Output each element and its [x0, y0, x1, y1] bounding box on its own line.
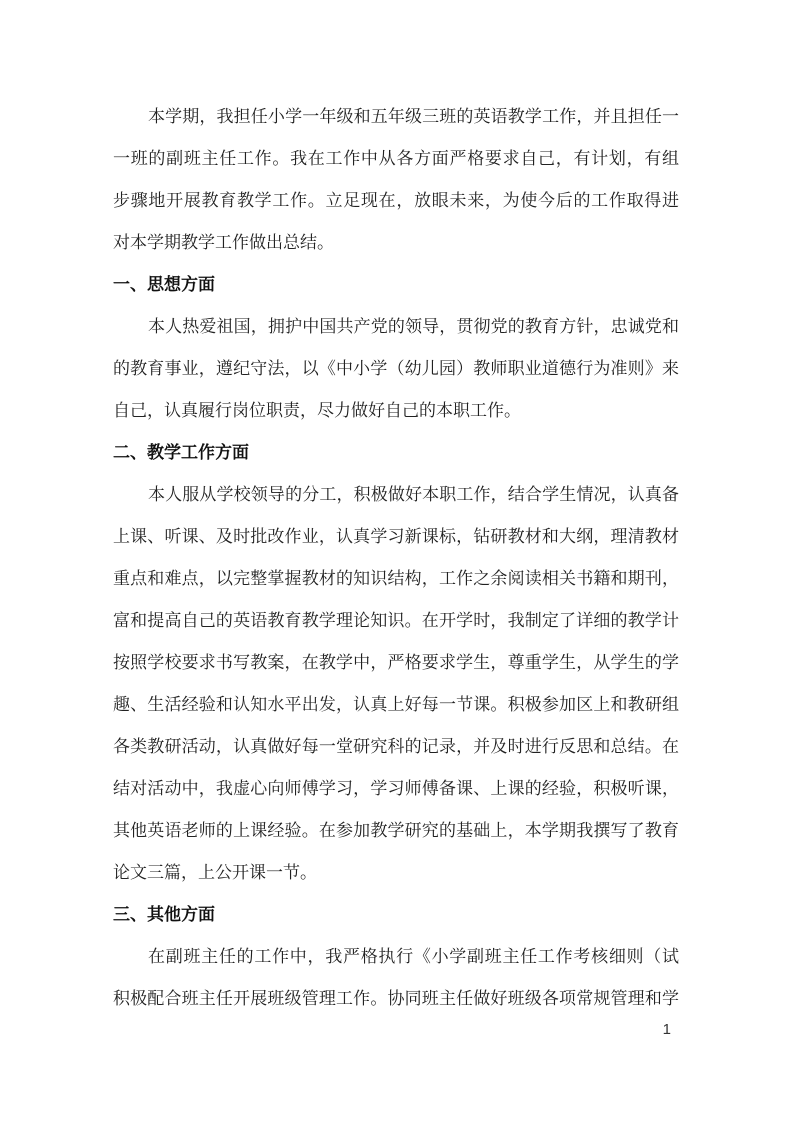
text-line: 按照学校要求书写教案，在教学中，严格要求学生，尊重学生，从学生的学习兴	[113, 642, 679, 684]
text-line: 的教育事业，遵纪守法，以《中小学（幼儿园）教师职业道德行为准则》来要求	[113, 348, 679, 390]
text-line: 论文三篇，上公开课一节。	[113, 852, 679, 894]
page-number: 1	[663, 1021, 671, 1038]
text-line: 重点和难点，以完整掌握教材的知识结构，工作之余阅读相关书籍和期刊，以丰	[113, 558, 679, 600]
section-heading: 三、其他方面	[113, 894, 679, 936]
text-line: 其他英语老师的上课经验。在参加教学研究的基础上，本学期我撰写了教育教学	[113, 810, 679, 852]
document-body: 本学期，我担任小学一年级和五年级三班的英语教学工作，并且担任一年级一班的副班主任…	[113, 96, 679, 1020]
section-heading: 二、教学工作方面	[113, 432, 679, 474]
text-line: 本人服从学校领导的分工，积极做好本职工作，结合学生情况，认真备课、	[113, 474, 679, 516]
text-line: 自己，认真履行岗位职责，尽力做好自己的本职工作。	[113, 390, 679, 432]
text-line: 富和提高自己的英语教育教学理论知识。在开学时，我制定了详细的教学计划，	[113, 600, 679, 642]
text-line: 一班的副班主任工作。我在工作中从各方面严格要求自己，有计划，有组织，有	[113, 138, 679, 180]
text-line: 对本学期教学工作做出总结。	[113, 222, 679, 264]
text-line: 本学期，我担任小学一年级和五年级三班的英语教学工作，并且担任一年级	[113, 96, 679, 138]
text-line: 趣、生活经验和认知水平出发，认真上好每一节课。积极参加区上和教研组内的	[113, 684, 679, 726]
text-line: 结对活动中，我虚心向师傅学习，学习师傅备课、上课的经验，积极听课，学习	[113, 768, 679, 810]
section-heading: 一、思想方面	[113, 264, 679, 306]
page-footer: 1	[113, 1016, 679, 1044]
text-line: 积极配合班主任开展班级管理工作。协同班主任做好班级各项常规管理和学生行	[113, 978, 679, 1020]
document-page: 本学期，我担任小学一年级和五年级三班的英语教学工作，并且担任一年级一班的副班主任…	[0, 0, 793, 1122]
text-line: 在副班主任的工作中，我严格执行《小学副班主任工作考核细则（试行)》，	[113, 936, 679, 978]
text-line: 步骤地开展教育教学工作。立足现在，放眼未来，为使今后的工作取得进步，现	[113, 180, 679, 222]
text-line: 各类教研活动，认真做好每一堂研究科的记录，并及时进行反思和总结。在师徒	[113, 726, 679, 768]
text-line: 上课、听课、及时批改作业，认真学习新课标，钻研教材和大纲，理清教材中的	[113, 516, 679, 558]
text-line: 本人热爱祖国，拥护中国共产党的领导，贯彻党的教育方针，忠诚党和人民	[113, 306, 679, 348]
